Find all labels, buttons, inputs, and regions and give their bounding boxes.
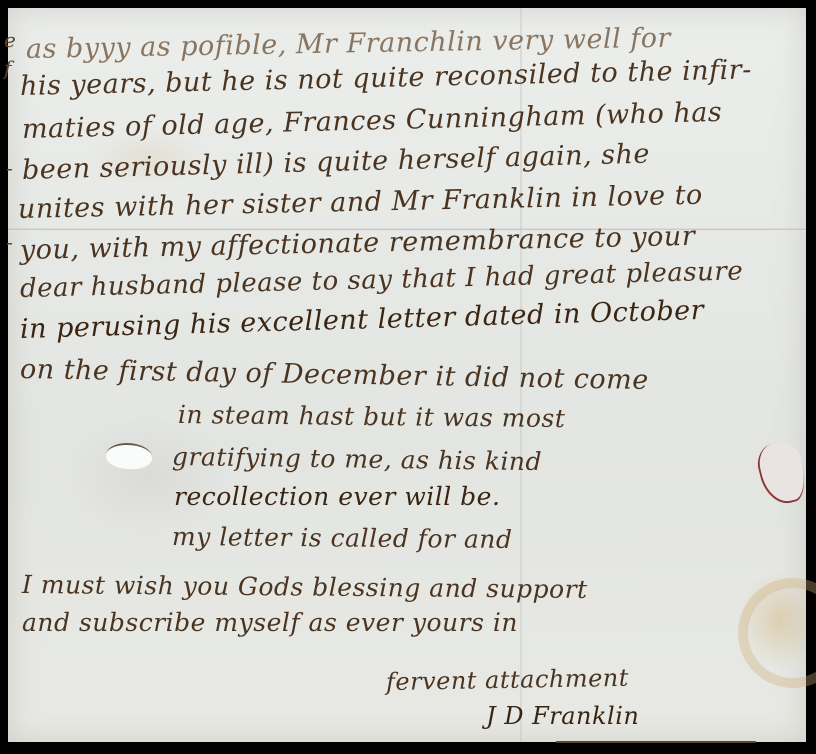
letter-line-15: and subscribe myself as ever yours in — [22, 608, 518, 637]
closing-line: fervent attachment — [386, 664, 629, 696]
paper-hole — [106, 443, 152, 469]
letter-line-13: my letter is called for and — [172, 522, 513, 554]
letter-line-9: on the first day of December it did not … — [20, 354, 649, 396]
letter-line-5: unites with her sister and Mr Franklin i… — [18, 180, 703, 225]
margin-mark: f — [4, 56, 11, 80]
signature-underline — [556, 741, 756, 743]
letter-line-3: maties of old age, Frances Cunningham (w… — [22, 97, 723, 145]
margin-mark: - — [6, 230, 13, 254]
letter-line-14: I must wish you Gods blessing and suppor… — [22, 570, 588, 604]
letter-line-8: in perusing his excellent letter dated i… — [20, 295, 705, 345]
signature: J D Franklin — [486, 702, 639, 730]
postmark-stain — [738, 578, 816, 688]
wax-seal-tear — [753, 438, 811, 509]
letter-line-4: been seriously ill) is quite herself aga… — [22, 139, 651, 186]
letter-line-11: gratifying to me, as his kind — [172, 442, 542, 476]
letter-line-10: in steam hast but it was most — [178, 400, 566, 433]
margin-mark: e — [4, 28, 16, 52]
letter-line-12: recollection ever will be. — [174, 482, 500, 511]
margin-mark: - — [6, 156, 13, 180]
letter-page: e f - - as byyy as pofible, Mr Franchlin… — [8, 8, 806, 742]
